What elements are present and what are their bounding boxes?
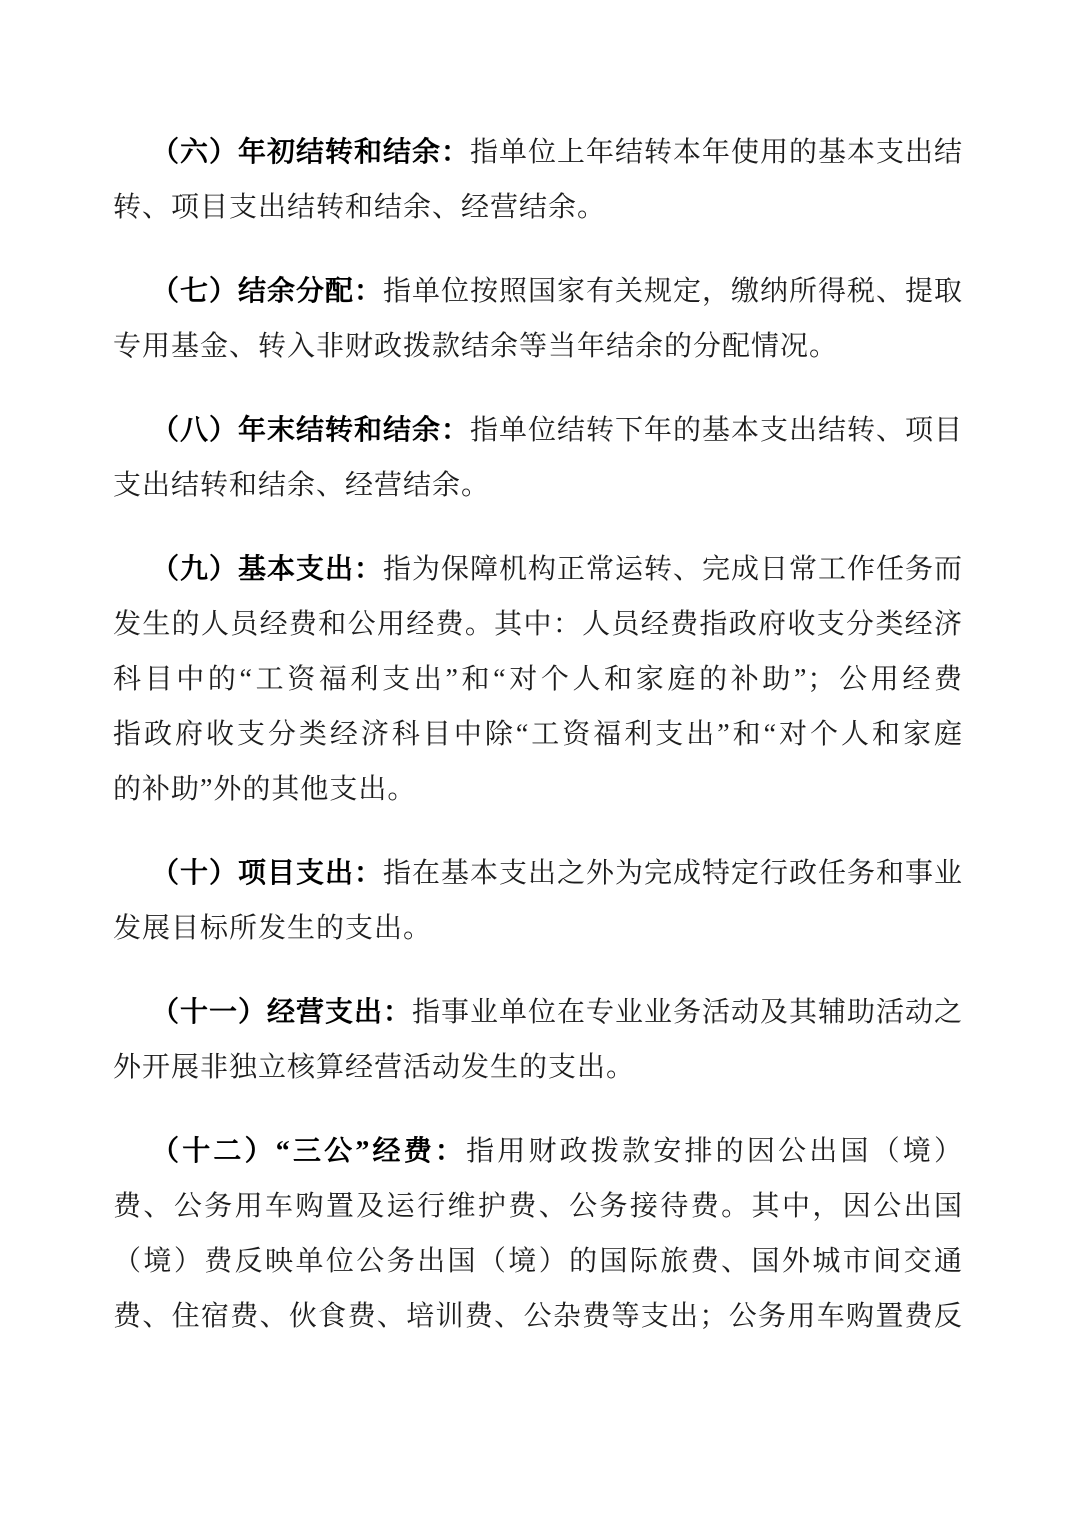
paragraph-heading: （六）年初结转和结余：	[151, 137, 470, 168]
paragraph-item-6: （六）年初结转和结余：指单位上年结转本年使用的基本支出结 转、项目支出结转和结余…	[113, 125, 963, 235]
document-page: （六）年初结转和结余：指单位上年结转本年使用的基本支出结 转、项目支出结转和结余…	[0, 0, 1075, 1520]
text-line: 支出结转和结余、经营结余。	[113, 458, 963, 513]
document-content: （六）年初结转和结余：指单位上年结转本年使用的基本支出结 转、项目支出结转和结余…	[0, 0, 1075, 1344]
text-line: 专用基金、转入非财政拨款结余等当年结余的分配情况。	[113, 319, 963, 374]
paragraph-heading: （十二）“三公”经费：	[151, 1136, 466, 1167]
text-line: （六）年初结转和结余：指单位上年结转本年使用的基本支出结	[113, 125, 963, 180]
text-line: （八）年末结转和结余：指单位结转下年的基本支出结转、项目	[113, 403, 963, 458]
line-text: 指为保障机构正常运转、完成日常工作任务而	[383, 554, 963, 585]
paragraph-heading: （八）年末结转和结余：	[151, 415, 470, 446]
paragraph-heading: （十一）经营支出：	[151, 997, 412, 1028]
paragraph-heading: （十）项目支出：	[151, 858, 383, 889]
paragraph-heading: （九）基本支出：	[151, 554, 383, 585]
line-text: 指单位结转下年的基本支出结转、项目	[470, 415, 963, 446]
text-line: 的补助”外的其他支出。	[113, 762, 963, 817]
text-line: 费、公务用车购置及运行维护费、公务接待费。其中，因公出国	[113, 1179, 963, 1234]
text-line: （九）基本支出：指为保障机构正常运转、完成日常工作任务而	[113, 542, 963, 597]
text-line: （七）结余分配：指单位按照国家有关规定，缴纳所得税、提取	[113, 264, 963, 319]
text-line: （十）项目支出：指在基本支出之外为完成特定行政任务和事业	[113, 846, 963, 901]
text-line: 发生的人员经费和公用经费。其中：人员经费指政府收支分类经济	[113, 597, 963, 652]
text-line: （境）费反映单位公务出国（境）的国际旅费、国外城市间交通	[113, 1234, 963, 1289]
paragraph-item-11: （十一）经营支出：指事业单位在专业业务活动及其辅助活动之 外开展非独立核算经营活…	[113, 985, 963, 1095]
text-line: 科目中的“工资福利支出”和“对个人和家庭的补助”；公用经费	[113, 652, 963, 707]
text-line: 指政府收支分类经济科目中除“工资福利支出”和“对个人和家庭	[113, 707, 963, 762]
text-line: 转、项目支出结转和结余、经营结余。	[113, 180, 963, 235]
text-line: （十二）“三公”经费：指用财政拨款安排的因公出国（境）	[113, 1124, 963, 1179]
line-text: 指单位按照国家有关规定，缴纳所得税、提取	[383, 276, 963, 307]
paragraph-heading: （七）结余分配：	[151, 276, 383, 307]
text-line: 外开展非独立核算经营活动发生的支出。	[113, 1040, 963, 1095]
paragraph-item-10: （十）项目支出：指在基本支出之外为完成特定行政任务和事业 发展目标所发生的支出。	[113, 846, 963, 956]
line-text: 指事业单位在专业业务活动及其辅助活动之	[412, 997, 963, 1028]
paragraph-item-12: （十二）“三公”经费：指用财政拨款安排的因公出国（境） 费、公务用车购置及运行维…	[113, 1124, 963, 1344]
paragraph-item-8: （八）年末结转和结余：指单位结转下年的基本支出结转、项目 支出结转和结余、经营结…	[113, 403, 963, 513]
paragraph-item-9: （九）基本支出：指为保障机构正常运转、完成日常工作任务而 发生的人员经费和公用经…	[113, 542, 963, 817]
line-text: 指在基本支出之外为完成特定行政任务和事业	[383, 858, 963, 889]
text-line: 发展目标所发生的支出。	[113, 901, 963, 956]
text-line: （十一）经营支出：指事业单位在专业业务活动及其辅助活动之	[113, 985, 963, 1040]
text-line: 费、住宿费、伙食费、培训费、公杂费等支出；公务用车购置费反	[113, 1289, 963, 1344]
paragraph-item-7: （七）结余分配：指单位按照国家有关规定，缴纳所得税、提取 专用基金、转入非财政拨…	[113, 264, 963, 374]
line-text: 指用财政拨款安排的因公出国（境）	[466, 1136, 963, 1167]
line-text: 指单位上年结转本年使用的基本支出结	[470, 137, 963, 168]
